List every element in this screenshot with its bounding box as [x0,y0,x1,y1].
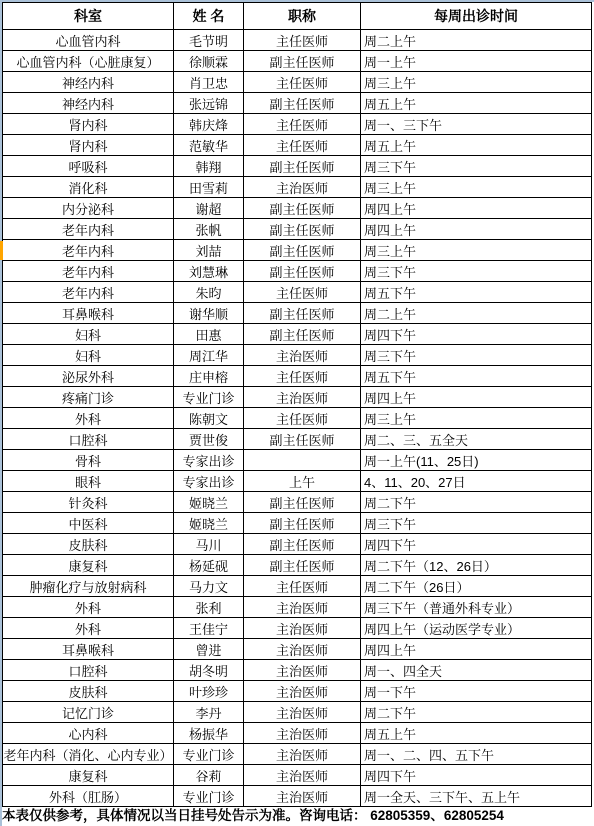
cell-name: 姬晓兰 [174,492,244,513]
schedule-page: 科室 姓 名 职称 每周出诊时间 心血管内科毛节明主任医师周二上午心血管内科（心… [0,0,594,826]
cell-dept: 外科 [3,597,174,618]
cell-name: 张利 [174,597,244,618]
cell-dept: 心内科 [3,723,174,744]
cell-dept: 骨科 [3,450,174,471]
cell-name: 庄申榕 [174,366,244,387]
table-row: 肾内科韩庆烽主任医师周一、三下午 [3,114,592,135]
cell-name: 姬晓兰 [174,513,244,534]
cell-dept: 康复科 [3,555,174,576]
cell-title [244,450,361,471]
cell-time: 周四下午 [361,765,592,786]
cell-title: 主任医师 [244,72,361,93]
table-row: 神经内科肖卫忠主任医师周三上午 [3,72,592,93]
cell-name: 徐顺霖 [174,51,244,72]
cell-name: 曾进 [174,639,244,660]
cell-title: 主任医师 [244,30,361,51]
cell-time: 周一、二、四、五下午 [361,744,592,765]
cell-name: 专业门诊 [174,744,244,765]
cell-time: 周二下午 [361,492,592,513]
table-row: 记忆门诊李丹主治医师周二下午 [3,702,592,723]
cell-time: 周三上午 [361,408,592,429]
cell-name: 马川 [174,534,244,555]
cell-time: 周一下午 [361,681,592,702]
cell-dept: 针灸科 [3,492,174,513]
cell-title: 主治医师 [244,723,361,744]
table-row: 呼吸科韩翔副主任医师周三下午 [3,156,592,177]
cell-title: 副主任医师 [244,93,361,114]
table-row: 肿瘤化疗与放射病科马力文主任医师周二下午（26日） [3,576,592,597]
header-title: 职称 [244,3,361,30]
cell-dept: 呼吸科 [3,156,174,177]
cell-title: 副主任医师 [244,555,361,576]
table-row: 外科张利主治医师周三下午（普通外科专业） [3,597,592,618]
cell-time: 周一全天、三下午、五上午 [361,786,592,807]
cell-time: 周一上午(11、25日) [361,450,592,471]
cell-time: 周二上午 [361,303,592,324]
cell-title: 主治医师 [244,639,361,660]
cell-dept: 耳鼻喉科 [3,639,174,660]
table-row: 泌尿外科庄申榕主任医师周五下午 [3,366,592,387]
table-row: 心内科杨振华主治医师周五上午 [3,723,592,744]
cell-time: 周三上午 [361,177,592,198]
cell-title: 副主任医师 [244,219,361,240]
cell-title: 主治医师 [244,660,361,681]
doctor-schedule-table: 科室 姓 名 职称 每周出诊时间 心血管内科毛节明主任医师周二上午心血管内科（心… [2,2,592,807]
cell-title: 副主任医师 [244,303,361,324]
cell-title: 主治医师 [244,387,361,408]
table-row: 骨科专家出诊周一上午(11、25日) [3,450,592,471]
cell-title: 主治医师 [244,681,361,702]
row-highlight-marker [0,241,3,260]
cell-title: 副主任医师 [244,513,361,534]
cell-time: 周五上午 [361,723,592,744]
table-row: 心血管内科毛节明主任医师周二上午 [3,30,592,51]
cell-time: 周三下午 [361,513,592,534]
cell-dept: 口腔科 [3,429,174,450]
cell-dept: 消化科 [3,177,174,198]
cell-title: 主任医师 [244,114,361,135]
cell-dept: 老年内科 [3,219,174,240]
table-row: 疼痛门诊专业门诊主治医师周四上午 [3,387,592,408]
cell-time: 周一、四全天 [361,660,592,681]
table-row: 老年内科（消化、心内专业）专业门诊主治医师周一、二、四、五下午 [3,744,592,765]
cell-time: 周二下午（12、26日） [361,555,592,576]
footer-note: 本表仅供参考，具体情况以当日挂号处告示为准。咨询电话： 62805359、628… [2,806,592,826]
table-row: 老年内科刘喆副主任医师周三上午 [3,240,592,261]
cell-name: 叶珍珍 [174,681,244,702]
cell-name: 胡冬明 [174,660,244,681]
cell-name: 专家出诊 [174,450,244,471]
cell-time: 周三下午 [361,261,592,282]
cell-time: 周三下午（普通外科专业） [361,597,592,618]
table-row: 康复科杨延砚副主任医师周二下午（12、26日） [3,555,592,576]
cell-time: 周三下午 [361,345,592,366]
cell-dept: 神经内科 [3,93,174,114]
cell-dept: 外科（肛肠） [3,786,174,807]
cell-time: 周五下午 [361,366,592,387]
table-row: 消化科田雪莉主治医师周三上午 [3,177,592,198]
cell-title: 副主任医师 [244,492,361,513]
table-row: 内分泌科谢超副主任医师周四上午 [3,198,592,219]
table-row: 针灸科姬晓兰副主任医师周二下午 [3,492,592,513]
cell-time: 周四上午（运动医学专业） [361,618,592,639]
cell-name: 张远锦 [174,93,244,114]
cell-dept: 皮肤科 [3,534,174,555]
cell-title: 主治医师 [244,765,361,786]
cell-title: 上午 [244,471,361,492]
cell-title: 主任医师 [244,576,361,597]
cell-name: 张帆 [174,219,244,240]
cell-time: 周五上午 [361,135,592,156]
table-row: 中医科姬晓兰副主任医师周三下午 [3,513,592,534]
cell-dept: 中医科 [3,513,174,534]
cell-dept: 老年内科 [3,282,174,303]
cell-name: 王佳宁 [174,618,244,639]
cell-time: 4、11、20、27日 [361,471,592,492]
cell-name: 陈朝文 [174,408,244,429]
cell-time: 周四上午 [361,387,592,408]
header-time: 每周出诊时间 [361,3,592,30]
header-dept: 科室 [3,3,174,30]
cell-dept: 妇科 [3,345,174,366]
cell-name: 刘喆 [174,240,244,261]
cell-name: 专业门诊 [174,387,244,408]
cell-time: 周三下午 [361,156,592,177]
cell-dept: 口腔科 [3,660,174,681]
cell-title: 副主任医师 [244,534,361,555]
cell-time: 周三上午 [361,240,592,261]
cell-dept: 老年内科（消化、心内专业） [3,744,174,765]
table-body: 心血管内科毛节明主任医师周二上午心血管内科（心脏康复）徐顺霖副主任医师周一上午神… [3,30,592,807]
cell-name: 谢华顺 [174,303,244,324]
cell-title: 副主任医师 [244,156,361,177]
cell-title: 副主任医师 [244,198,361,219]
cell-title: 主治医师 [244,597,361,618]
cell-title: 主任医师 [244,282,361,303]
cell-dept: 心血管内科 [3,30,174,51]
cell-name: 范敏华 [174,135,244,156]
table-row: 老年内科张帆副主任医师周四上午 [3,219,592,240]
cell-name: 毛节明 [174,30,244,51]
table-row: 口腔科贾世俊副主任医师周二、三、五全天 [3,429,592,450]
cell-name: 杨延砚 [174,555,244,576]
cell-name: 韩翔 [174,156,244,177]
cell-dept: 老年内科 [3,261,174,282]
cell-dept: 疼痛门诊 [3,387,174,408]
cell-dept: 外科 [3,408,174,429]
cell-dept: 肿瘤化疗与放射病科 [3,576,174,597]
cell-time: 周四下午 [361,324,592,345]
table-row: 外科陈朝文主任医师周三上午 [3,408,592,429]
cell-title: 主治医师 [244,345,361,366]
table-row: 老年内科刘慧琳副主任医师周三下午 [3,261,592,282]
cell-time: 周四上午 [361,198,592,219]
table-row: 耳鼻喉科曾进主治医师周四上午 [3,639,592,660]
cell-title: 副主任医师 [244,51,361,72]
cell-dept: 泌尿外科 [3,366,174,387]
cell-time: 周五上午 [361,93,592,114]
cell-dept: 妇科 [3,324,174,345]
table-row: 外科王佳宁主治医师周四上午（运动医学专业） [3,618,592,639]
table-row: 妇科周江华主治医师周三下午 [3,345,592,366]
cell-dept: 内分泌科 [3,198,174,219]
cell-name: 李丹 [174,702,244,723]
cell-time: 周二下午（26日） [361,576,592,597]
cell-name: 周江华 [174,345,244,366]
cell-title: 主治医师 [244,744,361,765]
table-row: 耳鼻喉科谢华顺副主任医师周二上午 [3,303,592,324]
cell-name: 田雪莉 [174,177,244,198]
cell-time: 周四上午 [361,639,592,660]
header-name: 姓 名 [174,3,244,30]
cell-time: 周三上午 [361,72,592,93]
cell-name: 肖卫忠 [174,72,244,93]
cell-name: 马力文 [174,576,244,597]
table-row: 康复科谷莉主治医师周四下午 [3,765,592,786]
cell-dept: 神经内科 [3,72,174,93]
cell-time: 周一、三下午 [361,114,592,135]
cell-dept: 肾内科 [3,135,174,156]
table-row: 老年内科朱昀主任医师周五下午 [3,282,592,303]
cell-title: 副主任医师 [244,261,361,282]
cell-name: 韩庆烽 [174,114,244,135]
cell-name: 谢超 [174,198,244,219]
cell-time: 周二下午 [361,702,592,723]
cell-title: 主任医师 [244,366,361,387]
cell-title: 主治医师 [244,702,361,723]
cell-name: 杨振华 [174,723,244,744]
cell-title: 副主任医师 [244,324,361,345]
cell-name: 谷莉 [174,765,244,786]
cell-title: 副主任医师 [244,240,361,261]
cell-title: 副主任医师 [244,429,361,450]
cell-time: 周四上午 [361,219,592,240]
cell-dept: 肾内科 [3,114,174,135]
cell-dept: 眼科 [3,471,174,492]
table-row: 肾内科范敏华主任医师周五上午 [3,135,592,156]
table-row: 神经内科张远锦副主任医师周五上午 [3,93,592,114]
cell-name: 专家出诊 [174,471,244,492]
table-header-row: 科室 姓 名 职称 每周出诊时间 [3,3,592,30]
table-row: 皮肤科叶珍珍主治医师周一下午 [3,681,592,702]
cell-dept: 康复科 [3,765,174,786]
cell-name: 专业门诊 [174,786,244,807]
cell-name: 朱昀 [174,282,244,303]
cell-time: 周一上午 [361,51,592,72]
cell-dept: 记忆门诊 [3,702,174,723]
cell-dept: 外科 [3,618,174,639]
table-row: 皮肤科马川副主任医师周四下午 [3,534,592,555]
cell-title: 主任医师 [244,408,361,429]
cell-name: 田惠 [174,324,244,345]
cell-title: 主治医师 [244,177,361,198]
cell-dept: 耳鼻喉科 [3,303,174,324]
cell-dept: 老年内科 [3,240,174,261]
cell-dept: 皮肤科 [3,681,174,702]
table-row: 妇科田惠副主任医师周四下午 [3,324,592,345]
cell-dept: 心血管内科（心脏康复） [3,51,174,72]
cell-time: 周二、三、五全天 [361,429,592,450]
cell-time: 周五下午 [361,282,592,303]
cell-title: 主治医师 [244,786,361,807]
cell-time: 周二上午 [361,30,592,51]
cell-name: 刘慧琳 [174,261,244,282]
table-row: 眼科专家出诊上午4、11、20、27日 [3,471,592,492]
table-row: 心血管内科（心脏康复）徐顺霖副主任医师周一上午 [3,51,592,72]
cell-title: 主治医师 [244,618,361,639]
table-row: 口腔科胡冬明主治医师周一、四全天 [3,660,592,681]
cell-title: 主任医师 [244,135,361,156]
cell-name: 贾世俊 [174,429,244,450]
cell-time: 周四下午 [361,534,592,555]
table-row: 外科（肛肠）专业门诊主治医师周一全天、三下午、五上午 [3,786,592,807]
